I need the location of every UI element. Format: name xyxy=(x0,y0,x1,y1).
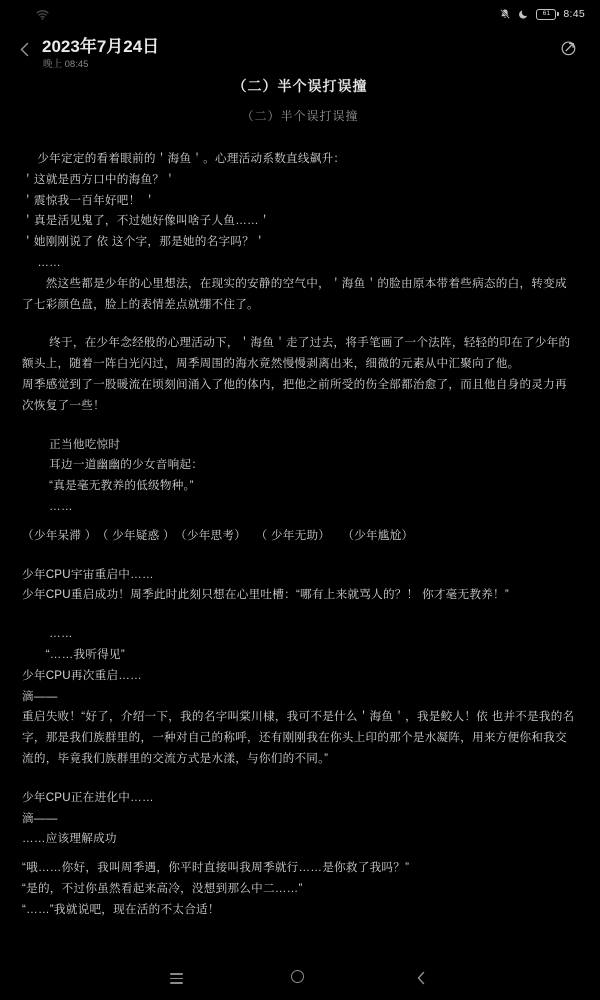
paragraph: 滴—— xyxy=(22,687,578,708)
back-icon[interactable] xyxy=(417,971,425,985)
paragraph: “真是毫无教养的低级物种。” xyxy=(22,476,578,497)
note-date-title: 2023年7月24日 xyxy=(42,32,159,57)
paragraph xyxy=(22,606,578,624)
paragraph: ＇真是活见鬼了，不过她好像叫啥子人鱼……＇ xyxy=(22,211,578,232)
note-body[interactable]: 少年定定的看着眼前的＇海鱼＇。心理活动系数直线飙升：＇这就是西方口中的海鱼？＇＇… xyxy=(22,149,578,921)
paragraph: ……应该理解成功 xyxy=(22,829,578,850)
notes-app-screen: { "colors": { "background": "#000000", "… xyxy=(0,0,600,1000)
paragraph: 少年定定的看着眼前的＇海鱼＇。心理活动系数直线飙升： xyxy=(22,149,578,170)
paragraph: “是的，不过你虽然看起来高冷，没想到那么中二……” xyxy=(22,879,578,900)
paragraph: ＇这就是西方口中的海鱼？＇ xyxy=(22,170,578,191)
note-datetime-sub: 晚上 08:45 xyxy=(43,56,88,70)
paragraph: 重启失败！“好了，介绍一下，我的名字叫棠川棣，我可不是什么＇海鱼＇，我是鲛人！依… xyxy=(22,707,578,769)
chapter-subtitle: （二）半个误打误撞 xyxy=(22,107,578,124)
paragraph: 终于，在少年念经般的心理活动下，＇海鱼＇走了过去，将手笔画了一个法阵，轻轻的印在… xyxy=(22,333,578,375)
paragraph: （少年呆滞 ） （ 少年疑惑 ） （少年思考） （ 少年无助） （少年尴尬） xyxy=(22,526,578,547)
note-content[interactable]: （二）半个误打误撞 （二）半个误打误撞 少年定定的看着眼前的＇海鱼＇。心理活动系… xyxy=(22,76,578,921)
wifi-icon xyxy=(36,9,49,20)
dnd-moon-icon xyxy=(518,9,529,20)
paragraph xyxy=(22,770,578,788)
chapter-title: （二）半个误打误撞 xyxy=(22,76,578,96)
paragraph: ＇她刚刚说了 依 这个字，那是她的名字吗？＇ xyxy=(22,232,578,253)
paragraph: 正当他吃惊时 xyxy=(22,435,578,456)
menu-icon[interactable] xyxy=(170,973,183,987)
paragraph: “哦……你好，我叫周季遇，你平时直接叫我周季就行……是你救了我吗？” xyxy=(22,858,578,879)
paragraph xyxy=(22,518,578,526)
note-header: 2023年7月24日 晚上 08:45 xyxy=(0,30,600,74)
battery-level: 61 xyxy=(543,11,550,18)
paragraph xyxy=(22,315,578,333)
paragraph xyxy=(22,547,578,565)
battery-icon: 61 xyxy=(536,9,556,20)
paragraph: “……”我就说吧，现在活的不太合适！ xyxy=(22,900,578,921)
paragraph: …… xyxy=(22,497,578,518)
mute-icon xyxy=(499,8,511,20)
share-icon[interactable] xyxy=(560,39,580,59)
paragraph: …… xyxy=(22,253,578,274)
paragraph: “……我听得见” xyxy=(22,645,578,666)
paragraph: 然这些都是少年的心里想法，在现实的安静的空气中，＇海鱼＇的脸由原本带着些病态的白… xyxy=(22,274,578,316)
android-nav-bar xyxy=(0,960,600,1000)
paragraph: 少年CPU再次重启…… xyxy=(22,666,578,687)
paragraph: …… xyxy=(22,624,578,645)
back-chevron-icon[interactable] xyxy=(20,42,32,60)
paragraph: 少年CPU重启成功！周季此时此刻只想在心里吐槽：“哪有上来就骂人的？！ 你才毫无… xyxy=(22,585,578,606)
home-icon[interactable] xyxy=(291,970,304,983)
paragraph: 耳边一道幽幽的少女音响起： xyxy=(22,455,578,476)
paragraph: 滴—— xyxy=(22,809,578,830)
status-time: 8:45 xyxy=(563,8,585,20)
paragraph: 少年CPU正在进化中…… xyxy=(22,788,578,809)
paragraph xyxy=(22,850,578,858)
paragraph: ＇震惊我一百年好吧！ ＇ xyxy=(22,191,578,212)
paragraph: 少年CPU宇宙重启中…… xyxy=(22,565,578,586)
paragraph xyxy=(22,417,578,435)
paragraph: 周季感觉到了一股暖流在顷刻间涌入了他的体内，把他之前所受的伤全部都治愈了，而且他… xyxy=(22,375,578,417)
status-bar: 61 8:45 xyxy=(0,0,600,26)
